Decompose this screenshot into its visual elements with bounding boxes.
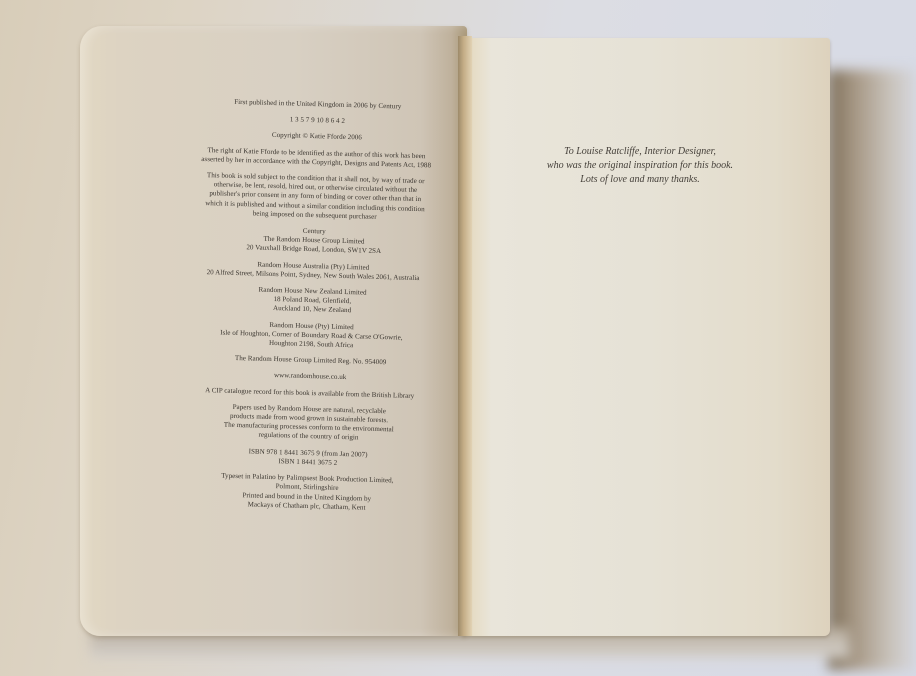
copyright-imprint: First published in the United Kingdom in…	[156, 96, 468, 522]
publisher-uk-block: Century The Random House Group Limited 2…	[164, 223, 465, 259]
text-line: www.randomhouse.co.uk	[160, 368, 460, 386]
paper-notice-block: Papers used by Random House are natural,…	[158, 401, 459, 446]
website-line: www.randomhouse.co.uk	[160, 368, 460, 386]
printing-line: 1 3 5 7 9 10 8 6 4 2	[167, 112, 467, 130]
text-line: 1 3 5 7 9 10 8 6 4 2	[167, 112, 467, 130]
copyright-line: Copyright © Katie Fforde 2006	[167, 128, 467, 146]
moral-rights-block: The right of Katie Fforde to be identifi…	[166, 145, 466, 172]
conditions-block: This book is sold subject to the conditi…	[165, 170, 466, 224]
isbn-block: ISBN 978 1 8441 3675 9 (from Jan 2007) I…	[158, 445, 458, 472]
publisher-sa-block: Random House (Pty) Limited Isle of Hough…	[161, 318, 462, 354]
publisher-australia-block: Random House Australia (Pty) Limited 20 …	[163, 258, 463, 285]
book-shadow-right	[828, 70, 916, 670]
dedication-text: To Louise Ratcliffe, Interior Designer, …	[530, 145, 750, 186]
reg-no-line: The Random House Group Limited Reg. No. …	[161, 352, 461, 370]
right-page-dedication	[462, 38, 830, 636]
production-block: Typeset in Palatino by Palimpsest Book P…	[157, 470, 458, 515]
cip-line: A CIP catalogue record for this book is …	[160, 385, 460, 403]
publisher-nz-block: Random House New Zealand Limited 18 Pola…	[162, 283, 463, 319]
text-line: To Louise Ratcliffe, Interior Designer,	[530, 145, 750, 159]
text-line: Copyright © Katie Fforde 2006	[167, 128, 467, 146]
text-line: Lots of love and many thanks.	[530, 173, 750, 187]
text-line: who was the original inspiration for thi…	[530, 159, 750, 173]
text-line: A CIP catalogue record for this book is …	[160, 385, 460, 403]
text-line: The Random House Group Limited Reg. No. …	[161, 352, 461, 370]
